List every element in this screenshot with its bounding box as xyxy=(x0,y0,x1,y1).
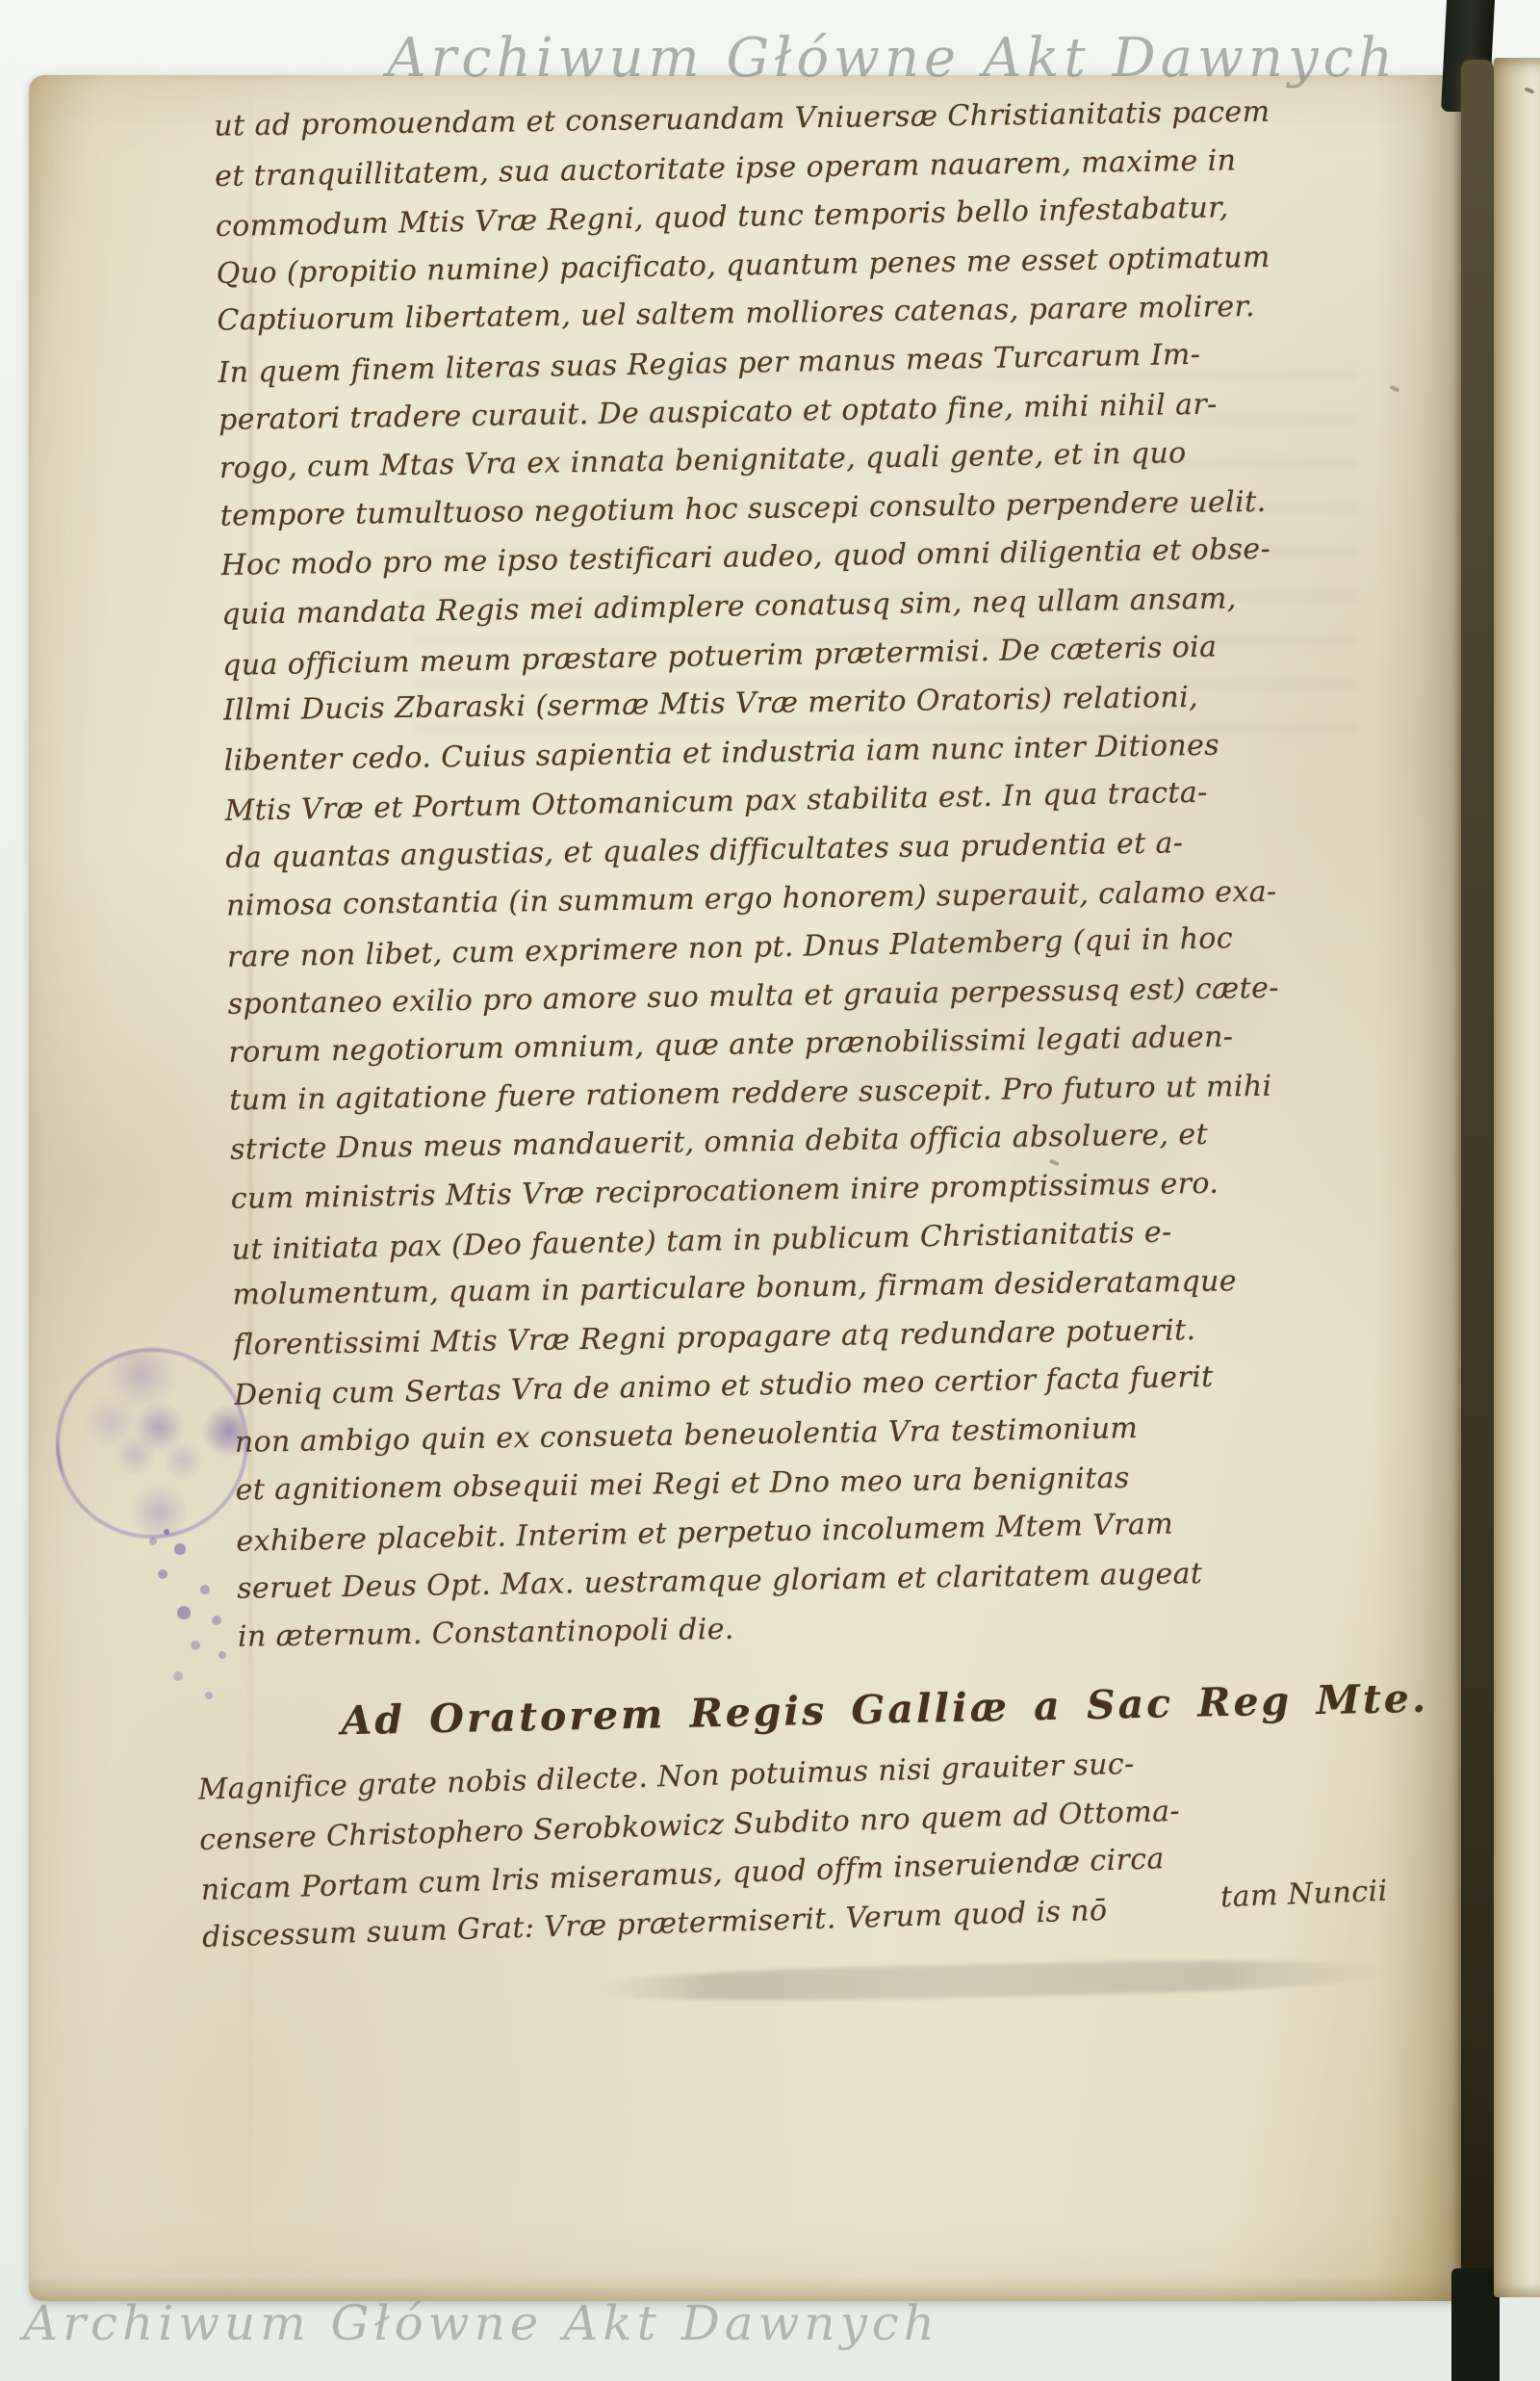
letter-body: ut ad promouendam et conseruandam Vniuer… xyxy=(214,85,1465,1663)
facing-page-sliver xyxy=(1494,58,1540,2297)
manuscript-page: ut ad promouendam et conseruandam Vniuer… xyxy=(29,75,1465,2301)
ink-splatter xyxy=(164,1529,169,1535)
book-gutter xyxy=(1461,60,1494,2293)
scanned-archive-image: { "archive_watermark": { "top": "Archiwu… xyxy=(0,0,1540,2381)
page-curvature-shadow xyxy=(1373,75,1465,2301)
archive-ink-stamp xyxy=(42,1334,263,1553)
archive-watermark-bottom: Archiwum Główne Akt Dawnych xyxy=(23,2295,939,2351)
book-spine-bottom xyxy=(1451,2268,1500,2381)
catchword: tam Nuncii xyxy=(1219,1875,1388,1915)
bleedthrough-mirrored-line xyxy=(597,1955,1387,2005)
reply-body: Magnifice grate nobis dilecte. Non potui… xyxy=(197,1729,1465,1962)
